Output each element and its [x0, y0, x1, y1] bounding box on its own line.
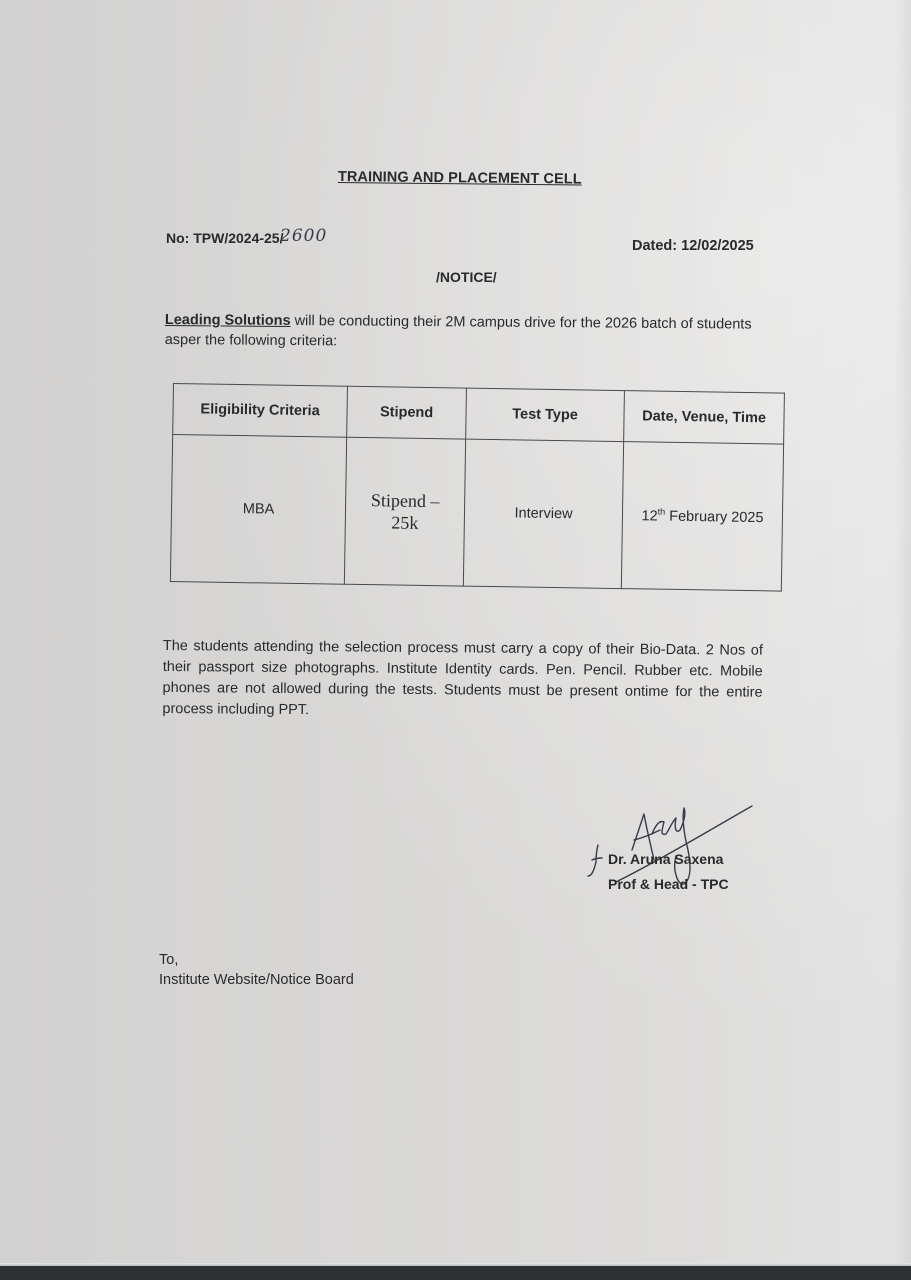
header-stipend: Stipend	[347, 386, 467, 439]
criteria-table-container: Eligibility Criteria Stipend Test Type D…	[170, 383, 785, 592]
signature-block: Dr. Aruna Saxena Prof & Head - TPC	[580, 800, 760, 900]
criteria-table: Eligibility Criteria Stipend Test Type D…	[170, 383, 785, 592]
stipend-amount: 25k	[391, 512, 418, 532]
document-date: Dated: 12/02/2025	[632, 238, 754, 254]
signatory-name: Dr. Aruna Saxena	[608, 851, 723, 867]
recipient-block: To, Institute Website/Notice Board	[159, 950, 354, 990]
date-rest: February 2025	[665, 509, 764, 527]
recipient-salutation: To,	[159, 950, 354, 970]
reference-printed: No: TPW/2024-25/	[166, 230, 283, 246]
signatory-title: Prof & Head - TPC	[608, 876, 729, 892]
header-test-type: Test Type	[466, 388, 625, 441]
company-name: Leading Solutions	[165, 312, 291, 329]
header-eligibility: Eligibility Criteria	[173, 384, 348, 438]
document-heading: TRAINING AND PLACEMENT CELL	[338, 169, 582, 188]
reference-handwritten: 2600	[280, 226, 327, 246]
intro-paragraph: Leading Solutions will be conducting the…	[165, 310, 765, 355]
cell-test-type: Interview	[463, 439, 623, 588]
paper-shadow	[895, 0, 911, 1266]
date-day: 12	[641, 508, 657, 524]
cell-date: 12th February 2025	[621, 442, 783, 591]
reference-number: No: TPW/2024-25/	[166, 230, 283, 246]
header-date-venue-time: Date, Venue, Time	[624, 391, 785, 445]
cell-stipend: Stipend – 25k	[344, 437, 465, 586]
instructions-paragraph: The students attending the selection pro…	[162, 636, 763, 725]
table-row: MBA Stipend – 25k Interview 12th Februar…	[170, 435, 783, 592]
cell-eligibility: MBA	[170, 435, 346, 585]
stipend-label: Stipend –	[371, 490, 440, 511]
recipient-target: Institute Website/Notice Board	[159, 970, 354, 990]
notice-label: /NOTICE/	[436, 269, 497, 285]
notice-paper: TRAINING AND PLACEMENT CELL No: TPW/2024…	[0, 0, 911, 1266]
